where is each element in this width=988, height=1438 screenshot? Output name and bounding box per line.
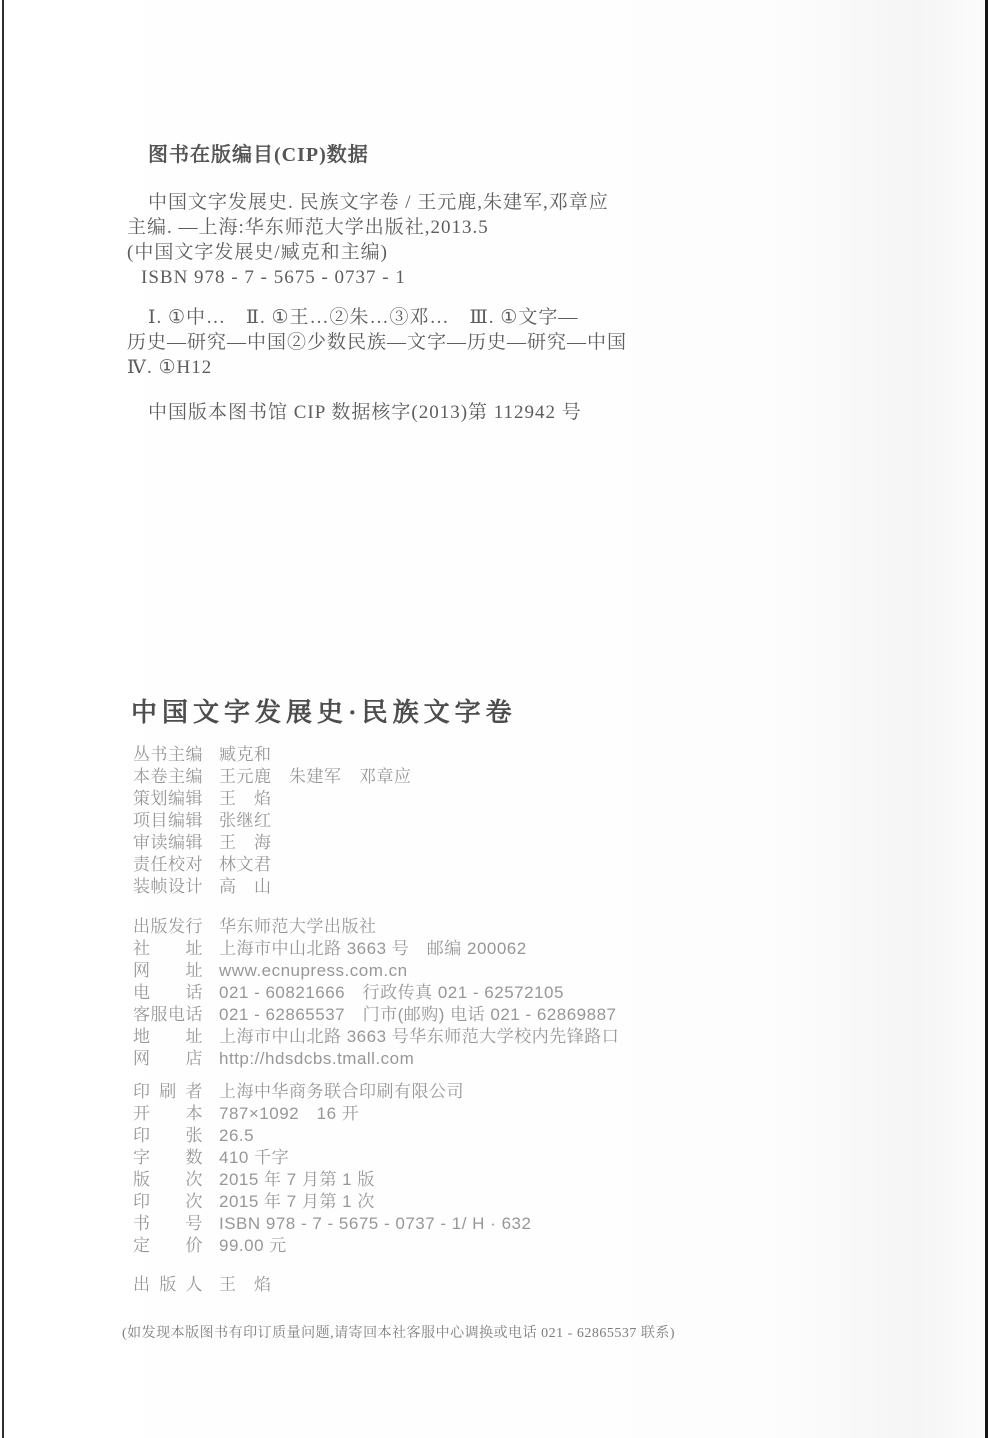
credit-value: 林文君: [219, 855, 272, 874]
credits-block: 丛书主编臧克和 本卷主编王元鹿 朱建军 邓章应 策划编辑王 焰 项目编辑张继红 …: [133, 744, 412, 898]
publisher-value: 上海市中山北路 3663 号华东师范大学校内先锋路口: [219, 1027, 619, 1046]
publisher-row: 网址www.ecnupress.com.cn: [133, 960, 619, 982]
printing-value: 2015 年 7 月第 1 次: [219, 1192, 375, 1211]
cip-data-block: 图书在版编目(CIP)数据 中国文字发展史. 民族文字卷 / 王元鹿,朱建军,邓…: [127, 138, 727, 425]
publisher-value: 上海市中山北路 3663 号 邮编 200062: [219, 939, 527, 958]
publisher-value: 021 - 60821666 行政传真 021 - 62572105: [219, 983, 564, 1002]
credit-row: 丛书主编臧克和: [133, 744, 412, 766]
publisher-row: 出版发行华东师范大学出版社: [133, 916, 619, 938]
cip-record-line: 中国文字发展史. 民族文字卷 / 王元鹿,朱建军,邓章应: [127, 190, 727, 215]
printing-label: 印张: [133, 1125, 203, 1147]
book-copyright-page: 图书在版编目(CIP)数据 中国文字发展史. 民族文字卷 / 王元鹿,朱建军,邓…: [0, 0, 988, 1438]
cip-record-line: 主编. —上海:华东师范大学出版社,2013.5: [127, 215, 727, 240]
cip-record: 中国文字发展史. 民族文字卷 / 王元鹿,朱建军,邓章应 主编. —上海:华东师…: [127, 190, 727, 290]
credit-label: 策划编辑: [133, 788, 203, 810]
printing-block: 印刷者上海中华商务联合印刷有限公司 开本787×1092 16 开 印张26.5…: [133, 1081, 531, 1257]
credit-label: 丛书主编: [133, 744, 203, 766]
printing-value: 上海中华商务联合印刷有限公司: [219, 1082, 464, 1101]
printing-value: 99.00 元: [219, 1236, 287, 1255]
credit-row: 项目编辑张继红: [133, 810, 412, 832]
publisher-label: 社址: [133, 938, 203, 960]
printing-row: 印张26.5: [133, 1125, 531, 1147]
cip-registration-number: 中国版本图书馆 CIP 数据核字(2013)第 112942 号: [127, 400, 727, 425]
printing-label: 版次: [133, 1169, 203, 1191]
credit-value: 高 山: [219, 877, 272, 896]
publisher-label: 网店: [133, 1048, 203, 1070]
publisher-label: 出版发行: [133, 916, 203, 938]
publisher-row: 网店http://hdsdcbs.tmall.com: [133, 1048, 619, 1070]
imprint-label: 出版人: [133, 1274, 203, 1296]
credit-label: 审读编辑: [133, 832, 203, 854]
credit-label: 装帧设计: [133, 876, 203, 898]
printing-label: 印次: [133, 1191, 203, 1213]
credit-row: 本卷主编王元鹿 朱建军 邓章应: [133, 766, 412, 788]
printing-value: 2015 年 7 月第 1 版: [219, 1170, 375, 1189]
printing-label: 书号: [133, 1213, 203, 1235]
credit-label: 本卷主编: [133, 766, 203, 788]
credit-value: 臧克和: [219, 745, 272, 764]
printing-label: 定价: [133, 1235, 203, 1257]
publisher-row: 社址上海市中山北路 3663 号 邮编 200062: [133, 938, 619, 960]
printing-row: 定价99.00 元: [133, 1235, 531, 1257]
credit-value: 张继红: [219, 811, 272, 830]
printing-row: 印次2015 年 7 月第 1 次: [133, 1191, 531, 1213]
publisher-block: 出版发行华东师范大学出版社 社址上海市中山北路 3663 号 邮编 200062…: [133, 916, 619, 1070]
publisher-row: 客服电话021 - 62865537 门市(邮购) 电话 021 - 62869…: [133, 1004, 619, 1026]
cip-record-line: (中国文字发展史/臧克和主编): [127, 240, 727, 265]
printing-row: 开本787×1092 16 开: [133, 1103, 531, 1125]
credit-label: 责任校对: [133, 854, 203, 876]
printing-value: 410 千字: [219, 1148, 289, 1167]
cip-classification-line: Ⅳ. ①H12: [127, 355, 727, 380]
printing-label: 字数: [133, 1147, 203, 1169]
imprint-row: 出版人王 焰: [133, 1274, 272, 1296]
publisher-label: 电话: [133, 982, 203, 1004]
printing-label: 印刷者: [133, 1081, 203, 1103]
credit-value: 王 海: [219, 833, 272, 852]
cip-isbn-line: ISBN 978 - 7 - 5675 - 0737 - 1: [127, 265, 727, 290]
imprint-value: 王 焰: [219, 1275, 272, 1294]
printing-value: 787×1092 16 开: [219, 1104, 359, 1123]
cip-classification-line: Ⅰ. ①中… Ⅱ. ①王…②朱…③邓… Ⅲ. ①文字—: [127, 305, 727, 330]
printing-row: 印刷者上海中华商务联合印刷有限公司: [133, 1081, 531, 1103]
publisher-row: 电话021 - 60821666 行政传真 021 - 62572105: [133, 982, 619, 1004]
printing-value: ISBN 978 - 7 - 5675 - 0737 - 1/ H · 632: [219, 1214, 531, 1233]
cip-classification-line: 历史—研究—中国②少数民族—文字—历史—研究—中国: [127, 330, 727, 355]
publisher-value: 华东师范大学出版社: [219, 917, 377, 936]
publisher-label: 客服电话: [133, 1004, 203, 1026]
printing-row: 版次2015 年 7 月第 1 版: [133, 1169, 531, 1191]
scan-edge-left: [2, 0, 4, 1438]
publisher-value: 021 - 62865537 门市(邮购) 电话 021 - 62869887: [219, 1005, 616, 1024]
credit-row: 审读编辑王 海: [133, 832, 412, 854]
cip-heading: 图书在版编目(CIP)数据: [148, 138, 727, 167]
credit-row: 装帧设计高 山: [133, 876, 412, 898]
printing-row: 字数410 千字: [133, 1147, 531, 1169]
credit-row: 责任校对林文君: [133, 854, 412, 876]
book-title: 中国文字发展史·民族文字卷: [131, 692, 517, 729]
publisher-label: 地址: [133, 1026, 203, 1048]
printing-row: 书号ISBN 978 - 7 - 5675 - 0737 - 1/ H · 63…: [133, 1213, 531, 1235]
cip-classification: Ⅰ. ①中… Ⅱ. ①王…②朱…③邓… Ⅲ. ①文字— 历史—研究—中国②少数民…: [127, 305, 727, 380]
printing-value: 26.5: [219, 1126, 254, 1145]
publisher-label: 网址: [133, 960, 203, 982]
credit-value: 王元鹿 朱建军 邓章应: [219, 767, 412, 786]
quality-notice: (如发现本版图书有印订质量问题,请寄回本社客服中心调换或电话 021 - 628…: [122, 1322, 675, 1342]
credit-label: 项目编辑: [133, 810, 203, 832]
credit-row: 策划编辑王 焰: [133, 788, 412, 810]
publisher-row: 地址上海市中山北路 3663 号华东师范大学校内先锋路口: [133, 1026, 619, 1048]
publisher-value: http://hdsdcbs.tmall.com: [219, 1049, 414, 1068]
credit-value: 王 焰: [219, 789, 272, 808]
printing-label: 开本: [133, 1103, 203, 1125]
publisher-value: www.ecnupress.com.cn: [219, 961, 408, 980]
